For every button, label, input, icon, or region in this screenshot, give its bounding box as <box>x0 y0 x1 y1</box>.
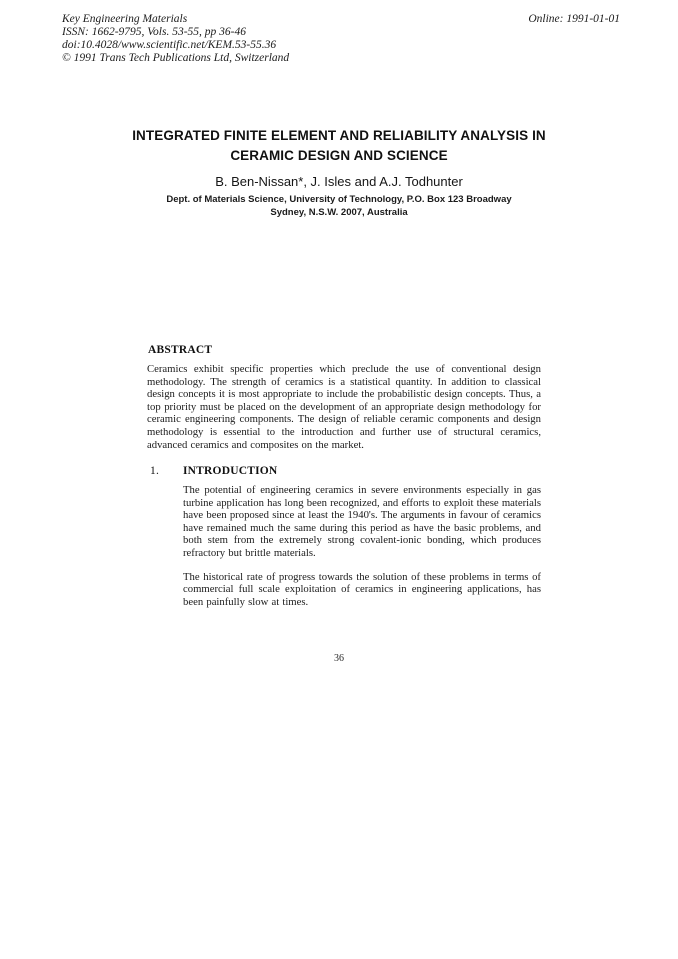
title-block: INTEGRATED FINITE ELEMENT AND RELIABILIT… <box>39 126 639 219</box>
copyright-line: © 1991 Trans Tech Publications Ltd, Swit… <box>62 52 620 65</box>
abstract-heading: ABSTRACT <box>148 344 212 356</box>
online-date: Online: 1991-01-01 <box>528 13 620 26</box>
paper-title-line-2: CERAMIC DESIGN AND SCIENCE <box>39 146 639 166</box>
affiliation-line-2: Sydney, N.S.W. 2007, Australia <box>39 206 639 219</box>
paper-title: INTEGRATED FINITE ELEMENT AND RELIABILIT… <box>39 126 639 165</box>
section-heading: INTRODUCTION <box>183 465 277 477</box>
intro-paragraph-2: The historical rate of progress towards … <box>183 571 541 609</box>
introduction-heading-row: 1.INTRODUCTION <box>150 465 277 477</box>
section-number: 1. <box>150 465 183 477</box>
journal-header: Key Engineering Materials Online: 1991-0… <box>62 13 620 65</box>
introduction-body: The potential of engineering ceramics in… <box>183 484 541 608</box>
paper-page: Key Engineering Materials Online: 1991-0… <box>0 0 678 959</box>
intro-paragraph-1: The potential of engineering ceramics in… <box>183 484 541 560</box>
authors: B. Ben-Nissan*, J. Isles and A.J. Todhun… <box>39 174 639 190</box>
issn-line: ISSN: 1662-9795, Vols. 53-55, pp 36-46 <box>62 26 620 39</box>
affiliation-line-1: Dept. of Materials Science, University o… <box>39 193 639 206</box>
affiliation: Dept. of Materials Science, University o… <box>39 193 639 219</box>
abstract-text: Ceramics exhibit specific properties whi… <box>147 363 541 451</box>
doi-line: doi:10.4028/www.scientific.net/KEM.53-55… <box>62 39 620 52</box>
page-number: 36 <box>0 653 678 664</box>
journal-title: Key Engineering Materials <box>62 13 187 26</box>
paper-title-line-1: INTEGRATED FINITE ELEMENT AND RELIABILIT… <box>39 126 639 146</box>
